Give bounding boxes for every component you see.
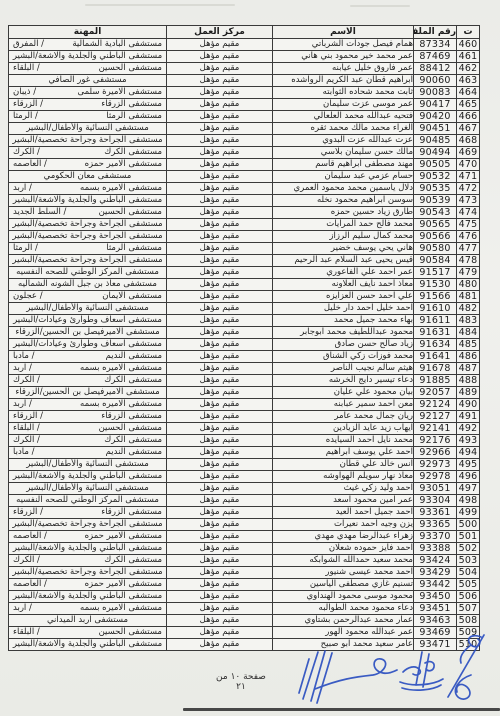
job-cell: مستشفى الزرقاء / الزرقاء [9,507,167,519]
name-cell: قيس يحيى عبد السلام عبد الرحيم [273,255,414,267]
file-number-cell: 92127 [414,411,457,423]
hospital-name: مستشفى الحسين [99,207,162,218]
file-number-cell: 90566 [414,231,457,243]
hospital-area: / البلقاء [13,63,40,74]
table-row: 470 90505 مهند مصطفى ابراهيم قاسم مقيم م… [9,159,480,171]
work-center-cell: مقيم مؤهل [167,375,273,387]
name-cell: فتحيه عبدالله محمد العلعالي [273,111,414,123]
name-cell: محمد فوزات زكي الشناق [273,351,414,363]
table-row: 507 93451 دعاء محمود محمد الطوالبه مقيم … [9,603,480,615]
table-row: 485 91634 زياد صالح حسن صادق مقيم مؤهل م… [9,339,480,351]
hospital-name: مستشفى المركز الوطني للصحه النفسيه [16,495,159,506]
work-center-cell: مقيم مؤهل [167,423,273,435]
name-cell: احمد خليل احمد دار خليل [273,303,414,315]
hospital-area: / الكرك [13,555,40,566]
work-center-cell: مقيم مؤهل [167,243,273,255]
name-cell: علي احمد حسن العزايزه [273,291,414,303]
table-row: 492 92141 ايهاب زيد عايد الزيادين مقيم م… [9,423,480,435]
table-row: 499 93361 احمد جميل احمد العيد مقيم مؤهل… [9,507,480,519]
hospital-area: / الزرقاء [13,411,43,422]
work-center-cell: مقيم مؤهل [167,399,273,411]
hospital-name: مستشفى الكرك [104,375,162,386]
hospital-name: مستشفى الامير حمزه [85,579,162,590]
name-cell: عزت عبدالله عزت البدوي [273,135,414,147]
serial-cell: 473 [457,195,480,207]
file-number-cell: 90494 [414,147,457,159]
hospital-area: / اربد [13,183,32,194]
job-cell: مستشفى الباطني والجلدية والاشعة/البشير [9,591,167,603]
work-center-cell: مقيم مؤهل [167,579,273,591]
serial-cell: 469 [457,147,480,159]
table-row: 508 93463 عمار محمد عبدالرحمن بشتاوي مقي… [9,615,480,627]
serial-cell: 502 [457,543,480,555]
hospital-name: مستشفى الاميرة سلمى [78,87,162,98]
work-center-cell: مقيم مؤهل [167,207,273,219]
job-cell: مستشفى الجراحة وجراحة تخصصية/البشير [9,135,167,147]
job-cell: مستشفى الامير حمزه / العاصمه [9,531,167,543]
hospital-name: مستشفى الرمثا [106,243,162,254]
table-row: 491 92127 ريان جمال محمد عامر مقيم مؤهل … [9,411,480,423]
work-center-cell: مقيم مؤهل [167,219,273,231]
hospital-area: / البلقاء [13,627,40,638]
serial-cell: 462 [457,63,480,75]
hospital-name: مستشفى الحسين [99,423,162,434]
job-cell: مستشفى الحسين / البلقاء [9,627,167,639]
table-row: 488 91885 دعاء تيسير دايج الخرشه مقيم مؤ… [9,375,480,387]
serial-cell: 478 [457,255,480,267]
name-cell: الغراء محمد مالك محمد ثقره [273,123,414,135]
hospital-name: مستشفى الجراحة وجراحة تخصصية/البشير [12,519,162,530]
table-row: 472 90535 دلال ياسمين محمد محمود العمري … [9,183,480,195]
name-cell: هيثم سالم نجيب الناصر [273,363,414,375]
file-number-cell: 90485 [414,135,457,147]
table-row: 467 90451 الغراء محمد مالك محمد ثقره مقي… [9,123,480,135]
work-center-cell: مقيم مؤهل [167,99,273,111]
serial-cell: 481 [457,291,480,303]
job-cell: مستشفى الاميره بسمه / اربد [9,363,167,375]
file-number-cell: 91566 [414,291,457,303]
serial-cell: 461 [457,51,480,63]
file-number-cell: 90417 [414,99,457,111]
job-cell: مستشفى الزرقاء / الزرقاء [9,99,167,111]
hospital-name: مستشفى الجراحة وجراحة تخصصية/البشير [12,135,162,146]
name-cell: عمار محمد عبدالرحمن بشتاوي [273,615,414,627]
file-number-cell: 93424 [414,555,457,567]
job-cell: مستشفى الحسين / البلقاء [9,423,167,435]
work-center-cell: مقيم مؤهل [167,123,273,135]
scan-artifact [350,5,410,7]
table-row: 474 90543 طارق زياد حسين حمزه مقيم مؤهل … [9,207,480,219]
file-number-cell: 87469 [414,51,457,63]
table-row: 502 93388 احمد فايز حموده شعلان مقيم مؤه… [9,543,480,555]
job-cell: مستشفى الباطني والجلدية والاشعة/البشير [9,471,167,483]
work-center-cell: مقيم مؤهل [167,195,273,207]
work-center-cell: مقيم مؤهل [167,363,273,375]
file-number-cell: 93304 [414,495,457,507]
work-center-cell: مقيم مؤهل [167,111,273,123]
work-center-cell: مقيم مؤهل [167,303,273,315]
serial-cell: 471 [457,171,480,183]
hospital-area: / الكرك [13,375,40,386]
table-row: 498 93304 عمر امين محمود اسعد مقيم مؤهل … [9,495,480,507]
name-cell: احمد جميل احمد العيد [273,507,414,519]
hospital-name: مستشفى الباطني والجلدية والاشعة/البشير [13,195,162,206]
work-center-cell: مقيم مؤهل [167,279,273,291]
serial-cell: 505 [457,579,480,591]
hospital-area: / اربد [13,603,32,614]
name-cell: عمر موسى عزت سليمان [273,99,414,111]
header-job: المهنة [9,26,167,39]
table-row: 501 93370 زهراء عبدالرضا مهدي مهدي مقيم … [9,531,480,543]
file-number-cell: 92978 [414,471,457,483]
file-number-cell: 91885 [414,375,457,387]
work-center-cell: مقيم مؤهل [167,495,273,507]
serial-cell: 482 [457,303,480,315]
table-row: 486 91641 محمد فوزات زكي الشناق مقيم مؤه… [9,351,480,363]
hospital-area: / العاصمه [13,579,47,590]
work-center-cell: مقيم مؤهل [167,639,273,651]
staff-table: ت رقم الملف الاسم مركز العمل المهنة 460 … [8,25,480,651]
signature-scribble [285,627,490,712]
file-number-cell: 93442 [414,579,457,591]
table-row: 463 90060 ابراهيم قطان عبد الكريم الرواش… [9,75,480,87]
hospital-name: مستشفى النديم [106,447,162,458]
hospital-name: مستشفى المركز الوطني للصحه النفسيه [16,267,159,278]
serial-cell: 494 [457,447,480,459]
table-row: 465 90417 عمر موسى عزت سليمان مقيم مؤهل … [9,99,480,111]
table-row: 494 92966 احمد علي يوسف ابراهيم مقيم مؤه… [9,447,480,459]
hospital-name: مستشفى الباطني والجلدية والاشعة/البشير [13,471,162,482]
work-center-cell: مقيم مؤهل [167,339,273,351]
header-file-number: رقم الملف [414,26,457,39]
serial-cell: 500 [457,519,480,531]
work-center-cell: مقيم مؤهل [167,519,273,531]
serial-cell: 470 [457,159,480,171]
hospital-name: مستشفى البادية الشمالية [72,39,162,50]
name-cell: زياد صالح حسن صادق [273,339,414,351]
table-row: 471 90532 حسام عزمي عبد سليمان مقيم مؤهل… [9,171,480,183]
name-cell: محمد كمال سليم الرزاز [273,231,414,243]
name-cell: محمد نايل احمد السيايده [273,435,414,447]
file-number-cell: 91678 [414,363,457,375]
page-number: صفحة ١٠ من ٢١ [211,672,271,692]
table-row: 496 92978 معاذ نهار سويلم الهواوشه مقيم … [9,471,480,483]
table-row: 477 90580 هاني يحي يوسف خضير مقيم مؤهل م… [9,243,480,255]
hospital-name: مستشفى الاميره بسمه [80,603,162,614]
hospital-name: مستشفى اسعاف وطوارئ وعيادات/البشير [13,339,162,350]
table-row: 483 91611 بهاء محمد جميل محمد مقيم مؤهل … [9,315,480,327]
table-row: 484 91631 محمود عبداللطيف محمد ابوجابر م… [9,327,480,339]
work-center-cell: مقيم مؤهل [167,51,273,63]
serial-cell: 506 [457,591,480,603]
hospital-name: مستشفى الباطني والجلدية والاشعة/البشير [13,543,162,554]
table-row: 503 93424 محمد سعيد حمدالله الشوابكه مقي… [9,555,480,567]
name-cell: عمر احمد علي الفاعوري [273,267,414,279]
hospital-area: / ذيبان [13,87,36,98]
name-cell: محمد فالح حمد المرايات [273,219,414,231]
serial-cell: 466 [457,111,480,123]
name-cell: احمد وليد زكي غيث [273,483,414,495]
job-cell: مستشفى الزرقاء / الزرقاء [9,411,167,423]
serial-cell: 472 [457,183,480,195]
name-cell: ابراهيم قطان عبد الكريم الرواشده [273,75,414,87]
table-row: 489 92057 بيان محمود علي عليان مقيم مؤهل… [9,387,480,399]
table-row: 506 93450 محمود موسى محمود الهنداوي مقيم… [9,591,480,603]
serial-cell: 465 [457,99,480,111]
name-cell: معاذ نهار سويلم الهواوشه [273,471,414,483]
job-cell: مستشفى النسائية والأطفال/البشير [9,459,167,471]
serial-cell: 468 [457,135,480,147]
job-cell: مستشفى الكرك / الكرك [9,555,167,567]
name-cell: انس خالد علي قطان [273,459,414,471]
file-number-cell: 93451 [414,603,457,615]
table-row: 505 93442 تسنيم غازي مصطفى الياسين مقيم … [9,579,480,591]
file-number-cell: 93370 [414,531,457,543]
hospital-name: مستشفى الزرقاء [101,411,162,422]
job-cell: مستشفى النسائية والأطفال/البشير [9,123,167,135]
name-cell: محمود عبداللطيف محمد ابوجابر [273,327,414,339]
job-cell: مستشفى الكرك / الكرك [9,435,167,447]
hospital-name: مستشفى الاميره بسمه [80,183,162,194]
hospital-name: مستشفى اسعاف وطوارئ وعيادات/البشير [13,315,162,326]
serial-cell: 460 [457,39,480,51]
name-cell: مهند مصطفى ابراهيم قاسم [273,159,414,171]
serial-cell: 467 [457,123,480,135]
job-cell: مستشفى اربد الميداني [9,615,167,627]
job-cell: مستشفى النديم / مادبا [9,351,167,363]
job-cell: مستشفى الاميرفيصل بن الحسين/الزرقاء [9,387,167,399]
job-cell: مستشفى الجراحة وجراحة تخصصية/البشير [9,519,167,531]
job-cell: مستشفى غور الصافي [9,75,167,87]
table-row: 495 92973 انس خالد علي قطان مقيم مؤهل مس… [9,459,480,471]
file-number-cell: 93388 [414,543,457,555]
work-center-cell: مقيم مؤهل [167,543,273,555]
work-center-cell: مقيم مؤهل [167,603,273,615]
table-row: 466 90420 فتحيه عبدالله محمد العلعالي مق… [9,111,480,123]
name-cell: دعاء تيسير دايج الخرشه [273,375,414,387]
table-row: 482 91610 احمد خليل احمد دار خليل مقيم م… [9,303,480,315]
work-center-cell: مقيم مؤهل [167,411,273,423]
job-cell: مستشفى الاميرفيصل بن الحسين/الزرقاء [9,327,167,339]
name-cell: بهاء محمد جميل محمد [273,315,414,327]
work-center-cell: مقيم مؤهل [167,567,273,579]
name-cell: دلال ياسمين محمد محمود العمري [273,183,414,195]
work-center-cell: مقيم مؤهل [167,63,273,75]
work-center-cell: مقيم مؤهل [167,291,273,303]
table-row: 500 93365 يزن وجيه احمد نعيرات مقيم مؤهل… [9,519,480,531]
work-center-cell: مقيم مؤهل [167,351,273,363]
work-center-cell: مقيم مؤهل [167,315,273,327]
job-cell: مستشفى البادية الشمالية / المفرق [9,39,167,51]
job-cell: مستشفى الحسين / السلط الجديد [9,207,167,219]
hospital-name: مستشفى النديم [106,351,162,362]
file-number-cell: 90565 [414,219,457,231]
job-cell: مستشفى الباطني والجلدية والاشعة/البشير [9,195,167,207]
file-number-cell: 93450 [414,591,457,603]
file-number-cell: 90420 [414,111,457,123]
file-number-cell: 92966 [414,447,457,459]
hospital-name: مستشفى الجراحة وجراحة تخصصية/البشير [12,231,162,242]
hospital-area: / مادبا [13,351,34,362]
name-cell: ريان جمال محمد عامر [273,411,414,423]
scanned-page: ت رقم الملف الاسم مركز العمل المهنة 460 … [0,0,500,716]
hospital-area: / العاصمه [13,159,47,170]
name-cell: ايهاب زيد عايد الزيادين [273,423,414,435]
work-center-cell: مقيم مؤهل [167,327,273,339]
file-number-cell: 90584 [414,255,457,267]
file-number-cell: 93051 [414,483,457,495]
name-cell: عمر امين محمود اسعد [273,495,414,507]
header-name: الاسم [273,26,414,39]
hospital-area: / الرمثا [13,111,38,122]
serial-cell: 507 [457,603,480,615]
name-cell: عمر محمد خير محمود بني هاني [273,51,414,63]
work-center-cell: مقيم مؤهل [167,591,273,603]
hospital-area: / عجلون [13,291,43,302]
file-number-cell: 92124 [414,399,457,411]
job-cell: مستشفى الباطني والجلدية والاشعة/البشير [9,543,167,555]
work-center-cell: مقيم مؤهل [167,87,273,99]
job-cell: مستشفى الكرك / الكرك [9,147,167,159]
table-row: 460 87334 همام فيصل جودات الشرباتي مقيم … [9,39,480,51]
hospital-name: مستشفى الامير حمزه [85,531,162,542]
hospital-name: مستشفى الزرقاء [101,507,162,518]
file-number-cell: 90535 [414,183,457,195]
work-center-cell: مقيم مؤهل [167,531,273,543]
job-cell: مستشفى المركز الوطني للصحه النفسيه [9,267,167,279]
serial-cell: 503 [457,555,480,567]
hospital-name: مستشفى النسائية والأطفال/البشير [26,303,149,314]
file-number-cell: 91634 [414,339,457,351]
header-work-center: مركز العمل [167,26,273,39]
work-center-cell: مقيم مؤهل [167,471,273,483]
hospital-name: مستشفى الاميره بسمه [80,363,162,374]
serial-cell: 485 [457,339,480,351]
name-cell: محمود موسى محمود الهنداوي [273,591,414,603]
table-row: 464 90083 ثابت محمد شحاده الثوابته مقيم … [9,87,480,99]
header-serial: ت [457,26,480,39]
hospital-name: مستشفى الجراحة وجراحة تخصصية/البشير [12,219,162,230]
file-number-cell: 91641 [414,351,457,363]
work-center-cell: مقيم مؤهل [167,75,273,87]
job-cell: مستشفى الاميره بسمه / اربد [9,603,167,615]
hospital-name: مستشفى الامير حمزه [85,159,162,170]
file-number-cell: 88412 [414,63,457,75]
serial-cell: 497 [457,483,480,495]
hospital-name: مستشفى الرمثا [106,111,162,122]
job-cell: مستشفى النديم / مادبا [9,447,167,459]
file-number-cell: 91517 [414,267,457,279]
work-center-cell: مقيم مؤهل [167,447,273,459]
hospital-area: / السلط الجديد [13,207,66,218]
hospital-name: مستشفى معاذ بن جبل الشونه الشماليه [18,279,157,290]
job-cell: مستشفى المركز الوطني للصحه النفسيه [9,495,167,507]
work-center-cell: مقيم مؤهل [167,627,273,639]
work-center-cell: مقيم مؤهل [167,39,273,51]
table-row: 462 88412 عمر فاروق خليل عيابنه مقيم مؤه… [9,63,480,75]
hospital-area: / العاصمه [13,531,47,542]
hospital-name: مستشفى النسائية والأطفال/البشير [26,483,149,494]
file-number-cell: 90543 [414,207,457,219]
name-cell: مالك حسن سليمان بلاسي [273,147,414,159]
hospital-area: / الرمثا [13,243,38,254]
name-cell: معن احمد سمير عبابنه [273,399,414,411]
work-center-cell: مقيم مؤهل [167,267,273,279]
hospital-name: مستشفى الكرك [104,147,162,158]
hospital-area: / الكرك [13,435,40,446]
table-row: 490 92124 معن احمد سمير عبابنه مقيم مؤهل… [9,399,480,411]
table-row: 468 90485 عزت عبدالله عزت البدوي مقيم مؤ… [9,135,480,147]
table-row: 469 90494 مالك حسن سليمان بلاسي مقيم مؤه… [9,147,480,159]
job-cell: مستشفى الاميره بسمه / اربد [9,183,167,195]
hospital-area: / مادبا [13,447,34,458]
file-number-cell: 92973 [414,459,457,471]
file-number-cell: 90060 [414,75,457,87]
work-center-cell: مقيم مؤهل [167,507,273,519]
serial-cell: 499 [457,507,480,519]
name-cell: يزن وجيه احمد نعيرات [273,519,414,531]
name-cell: محمد سعيد حمدالله الشوابكه [273,555,414,567]
hospital-area: / البلقاء [13,423,40,434]
serial-cell: 493 [457,435,480,447]
job-cell: مستشفى الامير حمزه / العاصمه [9,159,167,171]
hospital-name: مستشفى الباطني والجلدية والاشعة/البشير [13,639,162,650]
job-cell: مستشفى الكرك / الكرك [9,375,167,387]
job-cell: مستشفى الجراحة وجراحة تخصصية/البشير [9,231,167,243]
table-row: 479 91517 عمر احمد علي الفاعوري مقيم مؤه… [9,267,480,279]
hospital-area: / الزرقاء [13,507,43,518]
name-cell: زهراء عبدالرضا مهدي مهدي [273,531,414,543]
table-row: 480 91530 معاذ احمد نايف العلاونه مقيم م… [9,279,480,291]
serial-cell: 476 [457,231,480,243]
file-number-cell: 90451 [414,123,457,135]
serial-cell: 479 [457,267,480,279]
serial-cell: 504 [457,567,480,579]
hospital-name: مستشفى الايمان [102,291,162,302]
hospital-name: مستشفى النسائية والأطفال/البشير [26,459,149,470]
file-number-cell: 93361 [414,507,457,519]
name-cell: عمر فاروق خليل عيابنه [273,63,414,75]
serial-cell: 501 [457,531,480,543]
job-cell: مستشفى الاميرة سلمى / ذيبان [9,87,167,99]
name-cell: هاني يحي يوسف خضير [273,243,414,255]
hospital-name: مستشفى الاميره بسمه [80,399,162,410]
work-center-cell: مقيم مؤهل [167,231,273,243]
file-number-cell: 91610 [414,303,457,315]
file-number-cell: 91631 [414,327,457,339]
scan-artifact [85,4,235,6]
job-cell: مستشفى اسعاف وطوارئ وعيادات/البشير [9,315,167,327]
job-cell: مستشفى الايمان / عجلون [9,291,167,303]
table-row: 475 90565 محمد فالح حمد المرايات مقيم مؤ… [9,219,480,231]
file-number-cell: 93365 [414,519,457,531]
name-cell: احمد محمد عيسى شنيور [273,567,414,579]
name-cell: حسام عزمي عبد سليمان [273,171,414,183]
hospital-name: مستشفى النسائية والأطفال/البشير [26,123,149,134]
file-number-cell: 90532 [414,171,457,183]
name-cell: بيان محمود علي عليان [273,387,414,399]
serial-cell: 464 [457,87,480,99]
serial-cell: 508 [457,615,480,627]
name-cell: دعاء محمود محمد الطوالبه [273,603,414,615]
file-number-cell: 93429 [414,567,457,579]
serial-cell: 463 [457,75,480,87]
name-cell: ثابت محمد شحاده الثوابته [273,87,414,99]
work-center-cell: مقيم مؤهل [167,459,273,471]
file-number-cell: 93463 [414,615,457,627]
hospital-name: مستشفى الزرقاء [101,99,162,110]
name-cell: احمد فايز حموده شعلان [273,543,414,555]
